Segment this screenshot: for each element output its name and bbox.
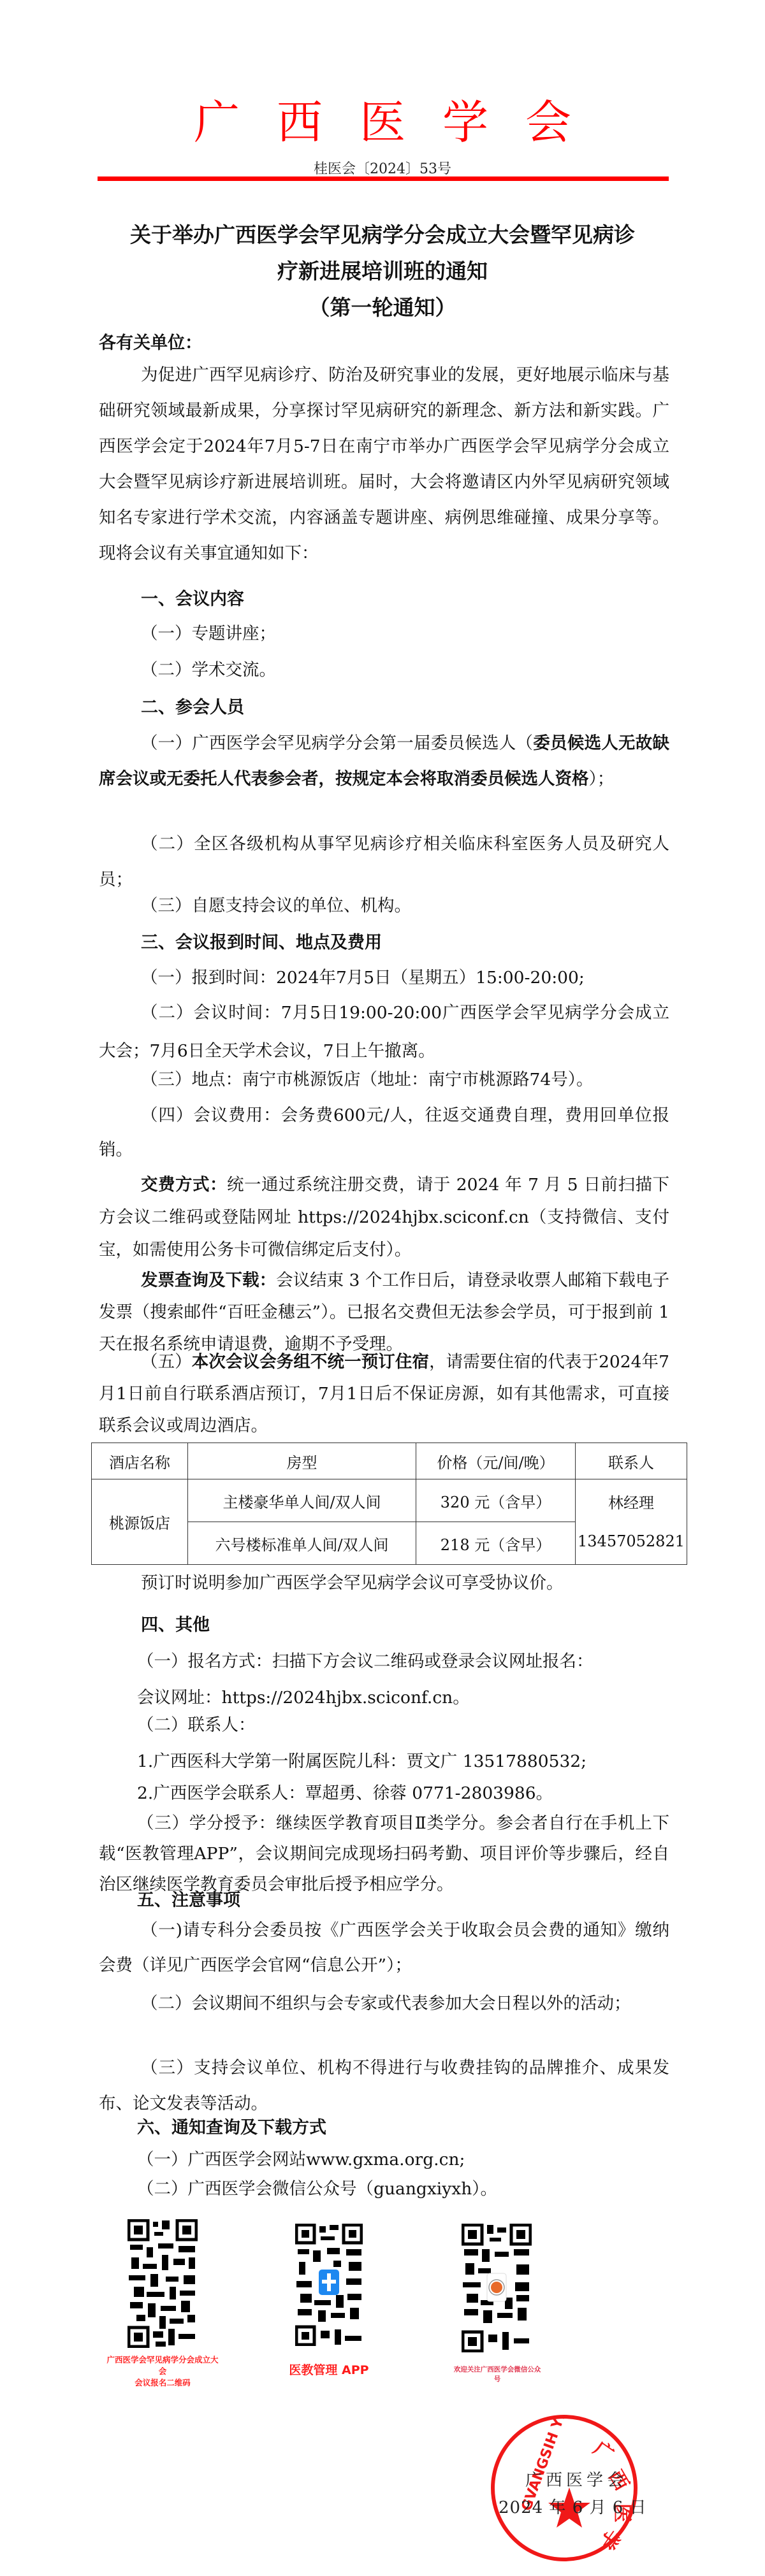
caption-line: 会议报名二维码 — [105, 2377, 220, 2389]
intro-paragraph: 为促进广西罕见病诊疗、防治及研究事业的发展，更好地展示临床与基础研究领域最新成果… — [99, 357, 669, 572]
caption-line: 广西医学会罕见病学分会成立大会 — [105, 2354, 220, 2377]
payment-method: 交费方式：统一通过系统注册交费，请于 2024 年 7 月 5 日前扫描下方会议… — [99, 1169, 669, 1266]
section-3-item-2: （二）会议时间：7月5日19:00-20:00广西医学会罕见病学分会成立大会；7… — [99, 994, 669, 1070]
section-2-heading: 二、参会人员 — [99, 690, 669, 726]
hotel-note: 预订时说明参加广西医学会罕见病学会议可享受协议价。 — [99, 1565, 669, 1601]
item-text-end: ）； — [589, 769, 615, 789]
table-row: 桃源饭店 主楼豪华单人间/双人间 320 元（含早） 林经理 134570528… — [92, 1479, 687, 1522]
title-line-3: （第一轮通知） — [96, 289, 669, 326]
contact-phone: 13457052821 — [576, 1522, 687, 1560]
price-cell: 320 元（含早） — [416, 1479, 576, 1522]
section-1-item-2: （二）学术交流。 — [99, 652, 669, 688]
section-2-item-2: （二）全区各级机构从事罕见病诊疗相关临床科室医务人员及研究人员； — [99, 826, 669, 898]
section-1-heading: 一、会议内容 — [99, 582, 669, 617]
contact-name: 林经理 — [576, 1484, 687, 1522]
contact-2: 2.广西医学会联系人：覃超勇、徐蓉 0771-2803986。 — [99, 1776, 669, 1811]
section-2-item-1: （一）广西医学会罕见病学分会第一届委员候选人（委员候选人无故缺席会议或无委托人代… — [99, 726, 669, 797]
column-header: 酒店名称 — [92, 1443, 188, 1479]
item-text: （一）广西医学会罕见病学分会第一届委员候选人（ — [141, 733, 533, 753]
section-6-heading: 六、通知查询及下载方式 — [99, 2110, 669, 2146]
title-line-1: 关于举办广西医学会罕见病学分会成立大会暨罕见病诊 — [96, 217, 669, 253]
notice-title: 关于举办广西医学会罕见病学分会成立大会暨罕见病诊 疗新进展培训班的通知 （第一轮… — [96, 217, 669, 326]
no-accommodation-notice: 本次会议会务组不统一预订住宿 — [192, 1352, 429, 1372]
section-3-item-4: （四）会议费用：会务费600元/人，往返交通费自理，费用回单位报销。 — [99, 1098, 669, 1167]
section-2-item-3: （三）自愿支持会议的单位、机构。 — [99, 888, 669, 924]
registration-qr-caption: 广西医学会罕见病学分会成立大会 会议报名二维码 — [105, 2354, 220, 2389]
title-line-2: 疗新进展培训班的通知 — [96, 253, 669, 289]
section-3-item-5: （五）本次会议会务组不统一预订住宿，请需要住宿的代表于2024年7月1日前自行联… — [99, 1346, 669, 1442]
wechat-qr-code[interactable] — [462, 2224, 532, 2352]
column-header: 房型 — [188, 1443, 416, 1479]
section-5-item-1: （一)请专科分会委员按《广西医学会关于收取会员会费的通知》缴纳会费（详见广西医学… — [99, 1913, 669, 1983]
column-header: 价格（元/间/晚） — [416, 1443, 576, 1479]
section-3-item-1: （一）报到时间：2024年7月5日（星期五）15:00-20:00; — [99, 960, 669, 996]
hotel-name-cell: 桃源饭店 — [92, 1479, 188, 1565]
column-header: 联系人 — [576, 1443, 687, 1479]
room-type-cell: 主楼豪华单人间/双人间 — [188, 1479, 416, 1522]
app-qr-caption: 医教管理 APP — [287, 2361, 371, 2378]
signature-org: 广西医学会 — [525, 2467, 627, 2491]
section-4-item-1: （一）报名方式：扫描下方会议二维码或登录会议网址报名： — [99, 1644, 669, 1680]
price-cell: 218 元（含早） — [416, 1522, 576, 1565]
table-header-row: 酒店名称 房型 价格（元/间/晚） 联系人 — [92, 1443, 687, 1479]
payment-label: 交费方式： — [141, 1175, 227, 1195]
section-1-item-1: （一）专题讲座； — [99, 616, 669, 652]
invoice-label: 发票查询及下载： — [141, 1270, 276, 1290]
section-3-heading: 三、会议报到时间、地点及费用 — [99, 925, 669, 961]
document-number: 桂医会〔2024〕53号 — [0, 158, 765, 178]
section-4-item-2: （二）联系人： — [99, 1708, 669, 1743]
wechat-qr-caption: 欢迎关注广西医学会微信公众号 — [453, 2364, 542, 2384]
salutation: 各有关单位： — [99, 326, 669, 361]
room-type-cell: 六号楼标准单人间/双人间 — [188, 1522, 416, 1565]
section-3-item-3: （三）地点：南宁市桃源饭店（地址：南宁市桃源路74号）。 — [99, 1062, 669, 1098]
hotel-table: 酒店名称 房型 价格（元/间/晚） 联系人 桃源饭店 主楼豪华单人间/双人间 3… — [91, 1443, 687, 1565]
gxma-wechat: （二）广西医学会微信公众号（guangxiyxh）。 — [99, 2171, 669, 2207]
section-5-item-2: （二）会议期间不组织与会专家或代表参加大会日程以外的活动； — [99, 1985, 669, 2022]
svg-text:学: 学 — [595, 2525, 625, 2554]
item-prefix: （五） — [141, 1352, 192, 1372]
section-4-heading: 四、其他 — [99, 1608, 669, 1643]
org-masthead: 广西医学会 — [0, 97, 765, 148]
signature-date: 2024 年 6 月 6 日 — [499, 2494, 647, 2518]
contact-cell: 林经理 13457052821 — [576, 1479, 687, 1565]
app-qr-code[interactable] — [295, 2224, 363, 2346]
contact-1: 1.广西医科大学第一附属医院儿科：贾文广 13517880532; — [99, 1744, 669, 1780]
svg-text:广: 广 — [589, 2437, 618, 2466]
header-divider — [98, 176, 669, 181]
registration-qr-code[interactable] — [127, 2219, 198, 2348]
